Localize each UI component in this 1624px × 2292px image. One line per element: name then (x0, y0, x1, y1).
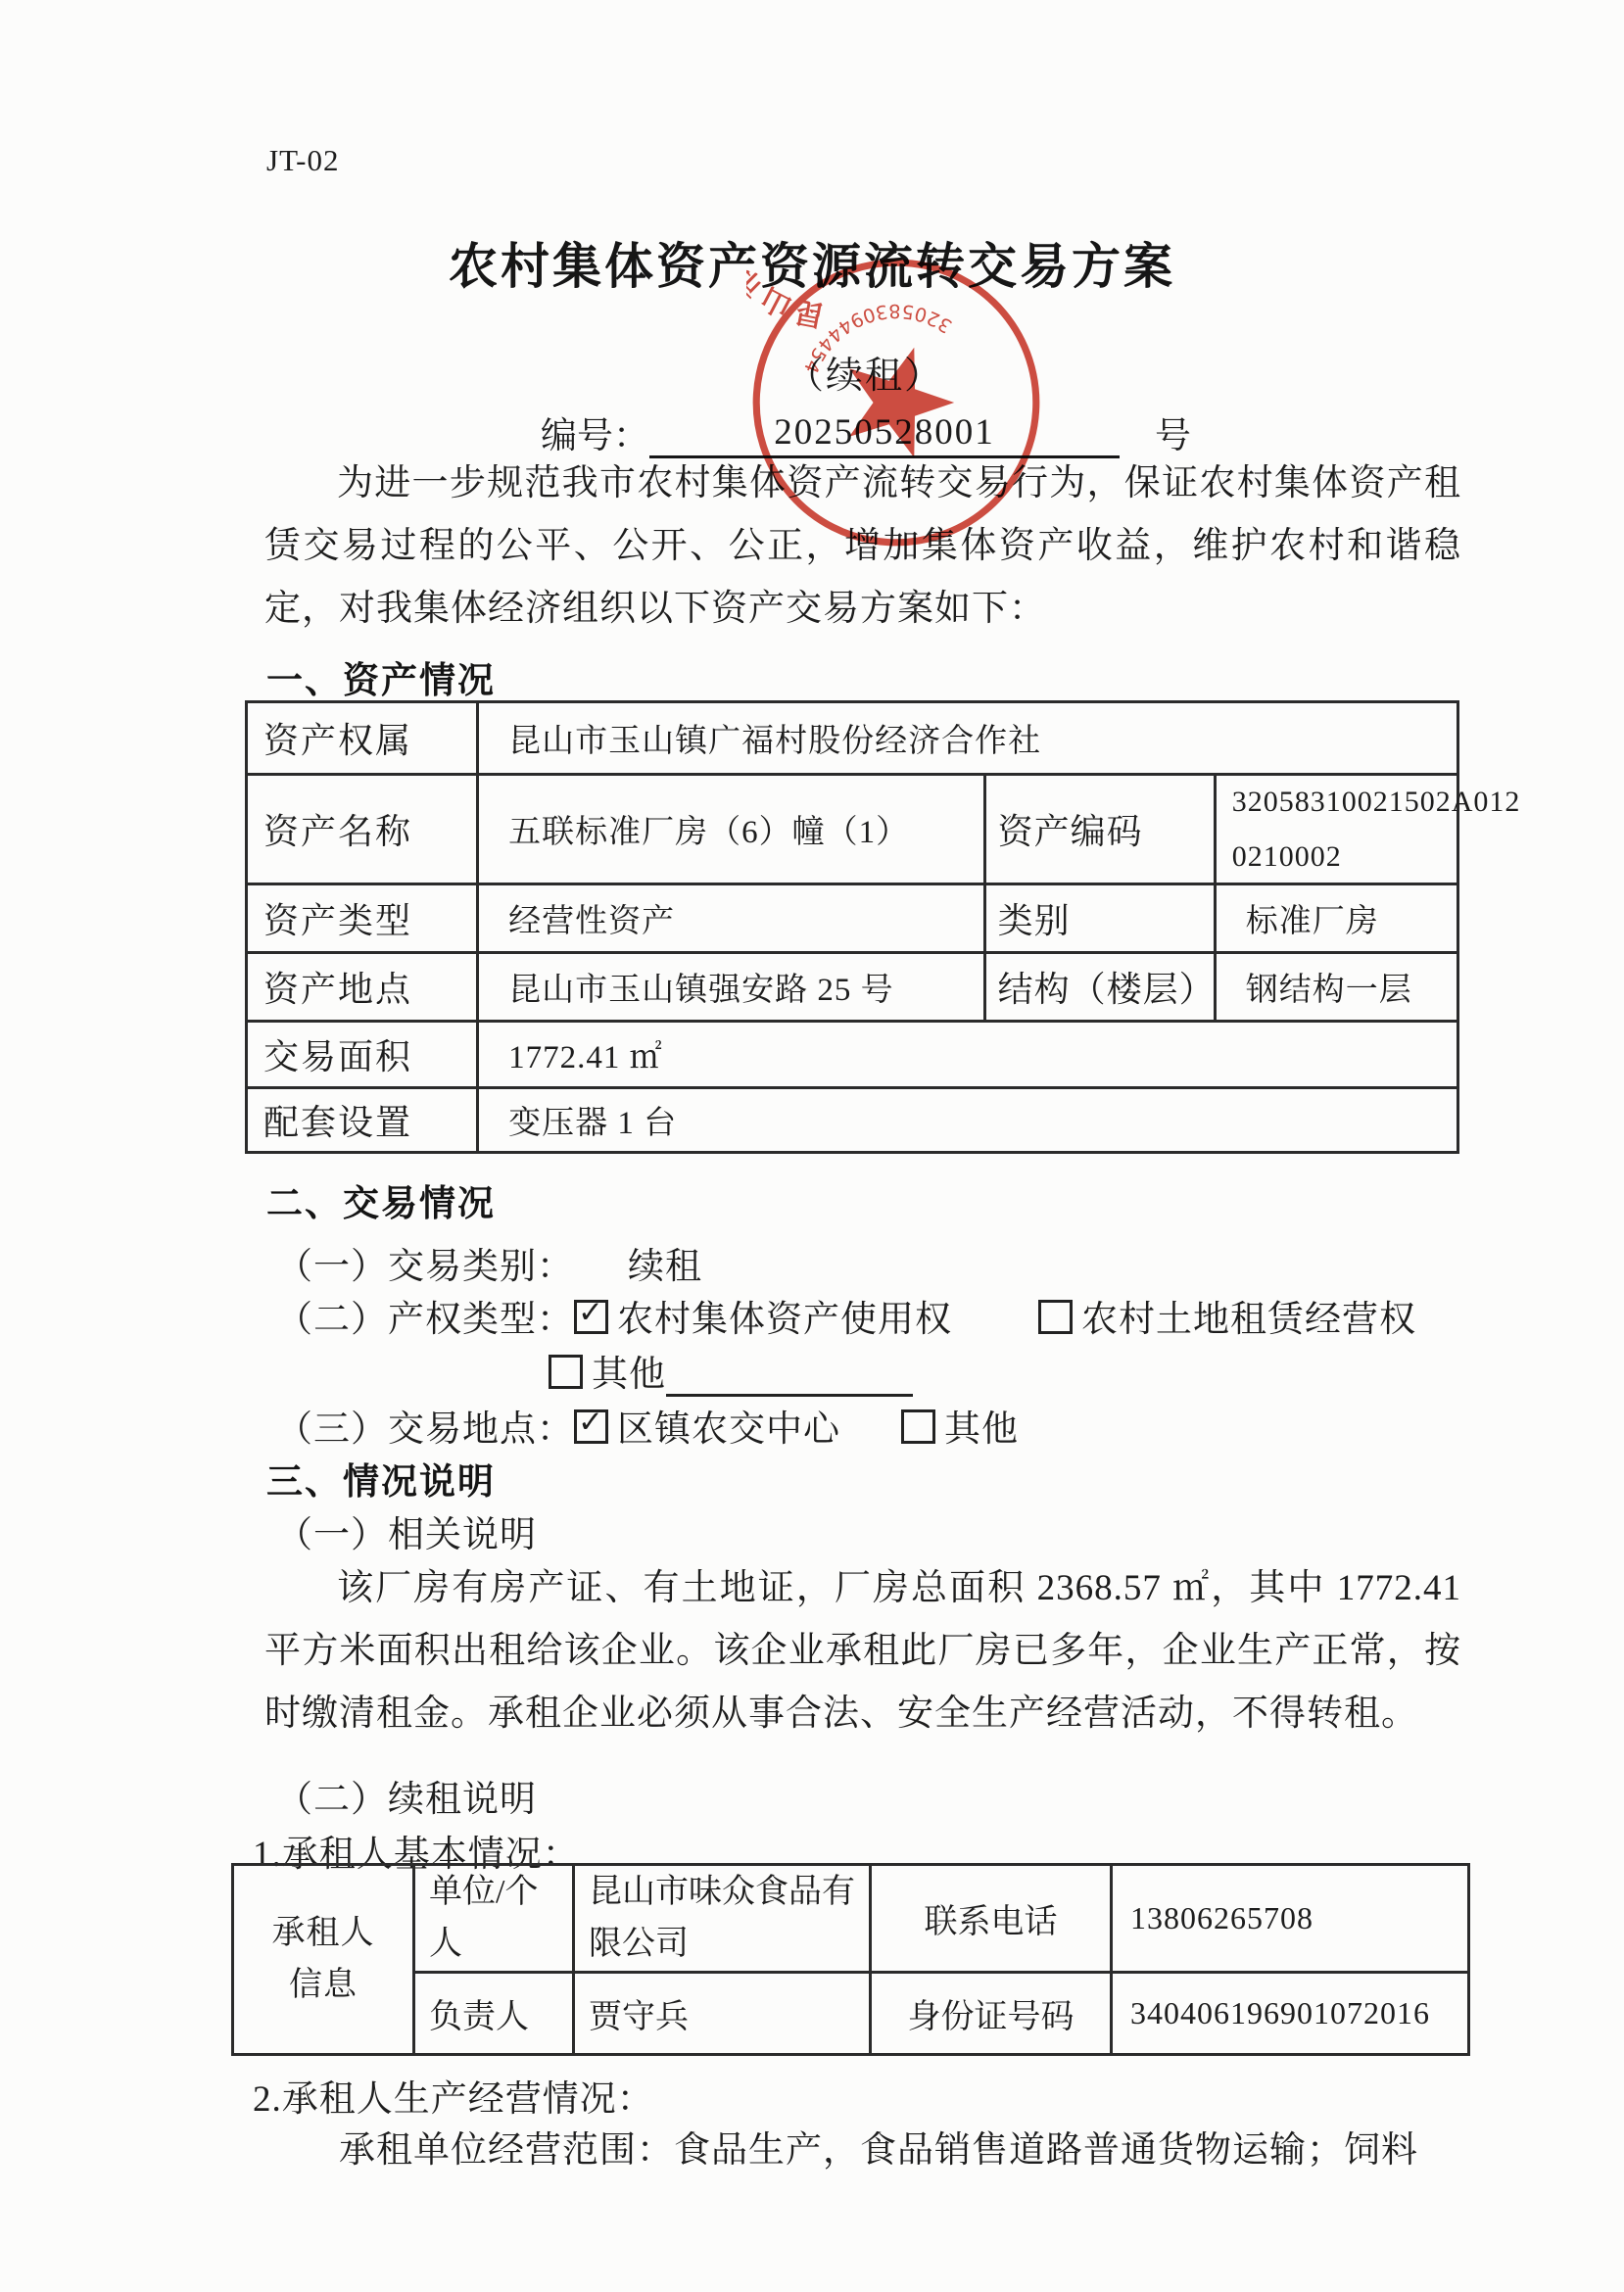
scanned-form-page: JT-02 农村集体资产资源流转交易方案 （续租） 编号：20250528001… (0, 0, 1624, 2292)
asset-owner-value: 昆山市玉山镇广福村股份经济合作社 (478, 702, 1458, 775)
property-right-type-label: （二）产权类型： (276, 1300, 574, 1340)
asset-type-label: 资产类型 (247, 884, 478, 953)
checkbox-town-trade-center: ✓ (574, 1409, 608, 1444)
seal-graphic: 昆山市玉山镇广福村股份经济合作社 3205830944454 (746, 253, 1046, 552)
checkbox-asset-use-right: ✓ (574, 1300, 608, 1334)
transaction-category-label: （一）交易类别： (276, 1247, 574, 1287)
tenant-info-group-label: 承租人信息 (233, 1865, 414, 2055)
asset-location-value: 昆山市玉山镇强安路 25 号 (478, 953, 984, 1022)
option-other-right: 其他 (592, 1355, 666, 1395)
option-asset-use-right: 农村集体资产使用权 (617, 1300, 952, 1340)
seal-star-icon (830, 341, 967, 475)
asset-category-value: 标准厂房 (1215, 884, 1457, 953)
asset-code-label: 资产编码 (984, 775, 1215, 884)
related-notes-paragraph: 该厂房有房产证、有土地证，厂房总面积 2368.57 ㎡，其中 1772.41 … (264, 1557, 1461, 1745)
document-number-suffix: 号 (1155, 416, 1191, 456)
asset-category-label: 类别 (984, 884, 1215, 953)
transaction-category-value: 续租 (628, 1247, 702, 1287)
tenant-info-table: 承租人信息 单位/个人 昆山市味众食品有限公司 联系电话 13806265708… (231, 1863, 1470, 2056)
asset-code-line1: 32058310021502A012 (1232, 788, 1456, 817)
asset-location-label: 资产地点 (247, 953, 478, 1022)
table-row: 资产权属 昆山市玉山镇广福村股份经济合作社 (247, 702, 1458, 775)
table-row: 承租人信息 单位/个人 昆山市味众食品有限公司 联系电话 13806265708 (233, 1865, 1469, 1973)
asset-info-table: 资产权属 昆山市玉山镇广福村股份经济合作社 资产名称 五联标准厂房（6）幢（1）… (245, 700, 1459, 1154)
section3-heading: 三、情况说明 (266, 1452, 496, 1504)
table-row: 资产名称 五联标准厂房（6）幢（1） 资产编码 32058310021502A0… (247, 775, 1458, 884)
facilities-value: 变压器 1 台 (478, 1088, 1458, 1153)
section1-heading: 一、资产情况 (266, 650, 496, 703)
table-row: 资产地点 昆山市玉山镇强安路 25 号 结构（楼层） 钢结构一层 (247, 953, 1458, 1022)
tenant-id-value: 340406196901072016 (1112, 1973, 1469, 2055)
form-code: JT-02 (266, 143, 339, 178)
tenant-phone-value: 13806265708 (1112, 1865, 1469, 1973)
tenant-head-label: 负责人 (414, 1973, 574, 2055)
transaction-area-value: 1772.41 ㎡ (478, 1022, 1458, 1088)
table-row: 负责人 贾守兵 身份证号码 340406196901072016 (233, 1973, 1469, 2055)
tenant-head-value: 贾守兵 (574, 1973, 871, 2055)
table-row: 资产类型 经营性资产 类别 标准厂房 (247, 884, 1458, 953)
document-number-label: 编号： (541, 416, 649, 456)
transaction-category-line: （一）交易类别：续租 (276, 1236, 702, 1289)
tenant-business-heading: 2.承租人生产经营情况： (253, 2069, 654, 2122)
tenant-unit-value: 昆山市味众食品有限公司 (574, 1865, 871, 1973)
renewal-notes-heading: （二）续租说明 (276, 1769, 537, 1822)
facilities-label: 配套设置 (247, 1088, 478, 1153)
asset-code-value: 32058310021502A012 0210002 (1215, 775, 1457, 884)
transaction-place-label: （三）交易地点： (276, 1409, 574, 1450)
related-notes-heading: （一）相关说明 (276, 1504, 537, 1557)
checkbox-other-right (549, 1355, 583, 1389)
checkmark-icon: ✓ (578, 1407, 604, 1437)
property-right-other-line: 其他 (549, 1344, 913, 1397)
option-other-place: 其他 (944, 1409, 1019, 1450)
tenant-unit-label: 单位/个人 (414, 1865, 574, 1973)
asset-code-line2: 0210002 (1232, 842, 1456, 872)
section2-heading: 二、交易情况 (266, 1173, 496, 1226)
tenant-id-label: 身份证号码 (871, 1973, 1112, 2055)
transaction-place-line: （三）交易地点：✓区镇农交中心其他 (276, 1399, 1019, 1452)
checkbox-other-place (901, 1409, 935, 1444)
asset-structure-value: 钢结构一层 (1215, 953, 1457, 1022)
tenant-phone-label: 联系电话 (871, 1865, 1112, 1973)
tenant-business-scope: 承租单位经营范围：食品生产，食品销售道路普通货物运输；饲料 (264, 2120, 1461, 2173)
asset-structure-label: 结构（楼层） (984, 953, 1215, 1022)
asset-owner-label: 资产权属 (247, 702, 478, 775)
table-row: 配套设置 变压器 1 台 (247, 1088, 1458, 1153)
checkbox-land-lease-right (1038, 1300, 1073, 1334)
option-town-trade-center: 区镇农交中心 (617, 1409, 840, 1450)
other-right-blank (666, 1361, 913, 1397)
asset-name-value: 五联标准厂房（6）幢（1） (478, 775, 984, 884)
official-seal: 昆山市玉山镇广福村股份经济合作社 3205830944454 (746, 253, 1046, 552)
option-land-lease-right: 农村土地租赁经营权 (1081, 1300, 1416, 1340)
asset-type-value: 经营性资产 (478, 884, 984, 953)
transaction-area-label: 交易面积 (247, 1022, 478, 1088)
property-right-type-line: （二）产权类型：✓农村集体资产使用权农村土地租赁经营权 (276, 1289, 1416, 1342)
table-row: 交易面积 1772.41 ㎡ (247, 1022, 1458, 1088)
checkmark-icon: ✓ (578, 1297, 604, 1327)
asset-name-label: 资产名称 (247, 775, 478, 884)
